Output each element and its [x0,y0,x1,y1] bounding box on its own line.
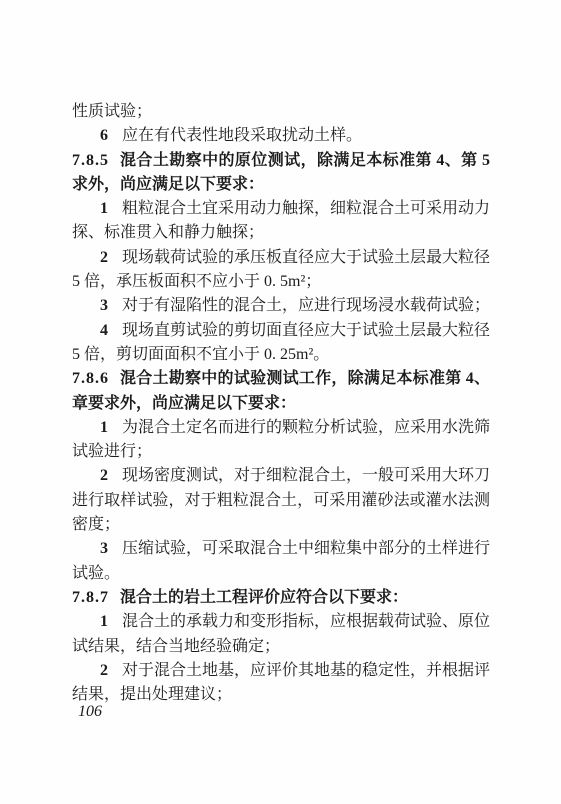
line-text: 混合土的岩土工程评价应符合以下要求： [120,586,490,610]
item-number: 2 [100,464,108,488]
line-text: 求外，尚应满足以下要求： [72,173,490,197]
text-line: 7.8.7混合土的岩土工程评价应符合以下要求： [72,586,490,610]
clause-number: 7.8.6 [72,367,109,391]
text-block: 性质试验；6应在有代表性地段采取扰动土样。7.8.5混合土勘察中的原位测试，除满… [72,100,490,707]
line-text: 现场载荷试验的承压板直径应大于试验土层最大粒径的 [122,246,490,270]
text-line: 探、标准贯入和静力触探； [72,221,490,245]
text-line: 2现场密度测试，对于细粒混合土，一般可采用大环刀法 [72,464,490,488]
text-line: 5 倍，剪切面面积不宜小于 0. 25m²。 [72,343,490,367]
text-line: 试结果，结合当地经验确定； [72,635,490,659]
text-line: 4现场直剪试验的剪切面直径应大于试验土层最大粒径的 [72,319,490,343]
text-line: 7.8.6混合土勘察中的试验测试工作，除满足本标准第 4、第 5 [72,367,490,391]
line-text: 混合土的承载力和变形指标，应根据载荷试验、原位测 [122,610,490,634]
item-number: 1 [100,416,108,440]
line-text: 试验进行； [72,440,490,464]
text-line: 求外，尚应满足以下要求： [72,173,490,197]
text-line: 1粗粒混合土宜采用动力触探，细粒混合土可采用动力触 [72,197,490,221]
text-line: 密度； [72,513,490,537]
line-text: 5 倍，承压板面积不应小于 0. 5m²； [72,270,490,294]
item-number: 6 [100,124,108,148]
text-line: 5 倍，承压板面积不应小于 0. 5m²； [72,270,490,294]
line-text: 对于混合土地基，应评价其地基的稳定性，并根据评价 [122,659,490,683]
clause-number: 7.8.5 [72,149,109,173]
line-text: 密度； [72,513,490,537]
clause-number: 7.8.7 [72,586,109,610]
item-number: 3 [100,294,108,318]
text-line: 进行取样试验，对于粗粒混合土，可采用灌砂法或灌水法测定其 [72,489,490,513]
text-line: 2对于混合土地基，应评价其地基的稳定性，并根据评价 [72,659,490,683]
line-text: 混合土勘察中的原位测试，除满足本标准第 4、第 5 章要 [120,149,490,173]
text-line: 结果，提出处理建议； [72,683,490,707]
line-text: 粗粒混合土宜采用动力触探，细粒混合土可采用动力触 [122,197,490,221]
text-line: 试验。 [72,562,490,586]
text-line: 3压缩试验，可采取混合土中细粒集中部分的土样进行 [72,537,490,561]
text-line: 章要求外，尚应满足以下要求： [72,392,490,416]
text-line: 1为混合土定名而进行的颗粒分析试验，应采用水洗筛分 [72,416,490,440]
line-text: 章要求外，尚应满足以下要求： [72,392,490,416]
line-text: 现场密度测试，对于细粒混合土，一般可采用大环刀法 [122,464,490,488]
text-line: 1混合土的承载力和变形指标，应根据载荷试验、原位测 [72,610,490,634]
item-number: 4 [100,319,108,343]
line-text: 试验。 [72,562,490,586]
line-text: 应在有代表性地段采取扰动土样。 [122,124,490,148]
line-text: 压缩试验，可采取混合土中细粒集中部分的土样进行 [122,537,490,561]
item-number: 3 [100,537,108,561]
line-text: 结果，提出处理建议； [72,683,490,707]
text-line: 性质试验； [72,100,490,124]
line-text: 现场直剪试验的剪切面直径应大于试验土层最大粒径的 [122,319,490,343]
document-page: 性质试验；6应在有代表性地段采取扰动土样。7.8.5混合土勘察中的原位测试，除满… [0,0,561,804]
line-text: 5 倍，剪切面面积不宜小于 0. 25m²。 [72,343,490,367]
text-line: 6应在有代表性地段采取扰动土样。 [72,124,490,148]
item-number: 2 [100,246,108,270]
text-line: 3对于有湿陷性的混合土，应进行现场浸水载荷试验； [72,294,490,318]
line-text: 试结果，结合当地经验确定； [72,635,490,659]
item-number: 2 [100,659,108,683]
line-text: 对于有湿陷性的混合土，应进行现场浸水载荷试验； [122,294,490,318]
text-line: 2现场载荷试验的承压板直径应大于试验土层最大粒径的 [72,246,490,270]
item-number: 1 [100,610,108,634]
line-text: 进行取样试验，对于粗粒混合土，可采用灌砂法或灌水法测定其 [72,489,490,513]
line-text: 为混合土定名而进行的颗粒分析试验，应采用水洗筛分 [122,416,490,440]
text-line: 7.8.5混合土勘察中的原位测试，除满足本标准第 4、第 5 章要 [72,149,490,173]
text-line: 试验进行； [72,440,490,464]
line-text: 混合土勘察中的试验测试工作，除满足本标准第 4、第 5 [120,367,490,391]
page-number: 106 [78,701,102,723]
item-number: 1 [100,197,108,221]
line-text: 探、标准贯入和静力触探； [72,221,490,245]
line-text: 性质试验； [72,100,490,124]
